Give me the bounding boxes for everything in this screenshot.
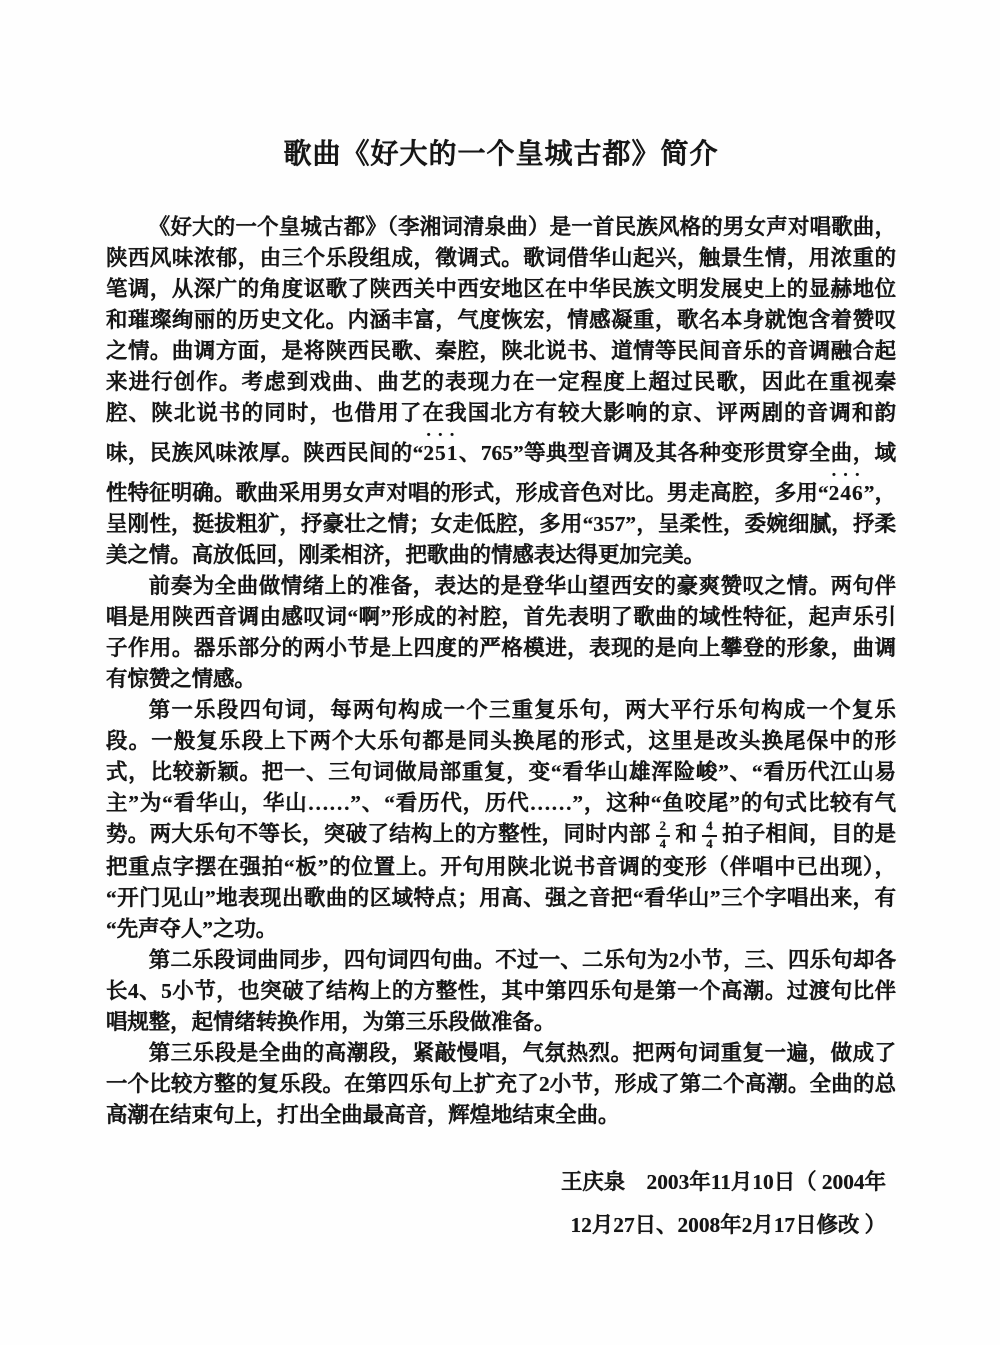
- signature-line: 12月27日、2008年2月17日修改 ）: [106, 1204, 886, 1247]
- fraction-denominator: 4: [702, 837, 716, 852]
- text-segment: 《好大的一个皇城古都》（李湘词清泉曲）是一首民族风格的男女声对唱歌曲，陕西风味浓…: [106, 215, 896, 465]
- document-title: 歌曲《好大的一个皇城古都》简介: [106, 137, 896, 172]
- time-signature-fraction: 24: [656, 820, 670, 852]
- signature-line: 王庆泉 2003年11月10日（ 2004年: [106, 1161, 886, 1204]
- text-segment: 前奏为全曲做情绪上的准备，表达的是登华山望西安的豪爽赞叹之情。两句伴唱是用陕西音…: [106, 574, 896, 691]
- paragraph: 《好大的一个皇城古都》（李湘词清泉曲）是一首民族风格的男女声对唱歌曲，陕西风味浓…: [106, 212, 896, 571]
- document-page: 歌曲《好大的一个皇城古都》简介 《好大的一个皇城古都》（李湘词清泉曲）是一首民族…: [0, 0, 1000, 1345]
- text-segment: 第二乐段词曲同步，四句词四句曲。不过一、二乐句为2小节，三、四乐句却各长4、5小…: [106, 948, 896, 1034]
- paragraph: 前奏为全曲做情绪上的准备，表达的是登华山望西安的豪爽赞叹之情。两句伴唱是用陕西音…: [106, 571, 896, 695]
- fraction-numerator: 4: [702, 820, 716, 837]
- music-notes-dotted: 251: [423, 441, 458, 465]
- music-notes-dotted: 246: [829, 481, 864, 505]
- time-signature-fraction: 44: [702, 820, 716, 852]
- paragraph: 第三乐段是全曲的高潮段，紧敲慢唱，气氛热烈。把两句词重复一遍，做成了一个比较方整…: [106, 1038, 896, 1131]
- signature-block: 王庆泉 2003年11月10日（ 2004年 12月27日、2008年2月17日…: [106, 1161, 896, 1247]
- paragraph: 第二乐段词曲同步，四句词四句曲。不过一、二乐句为2小节，三、四乐句却各长4、5小…: [106, 945, 896, 1038]
- fraction-denominator: 4: [656, 837, 670, 852]
- text-segment: 和: [675, 822, 697, 846]
- document-body: 《好大的一个皇城古都》（李湘词清泉曲）是一首民族风格的男女声对唱歌曲，陕西风味浓…: [106, 212, 896, 1131]
- text-segment: 第三乐段是全曲的高潮段，紧敲慢唱，气氛热烈。把两句词重复一遍，做成了一个比较方整…: [106, 1041, 896, 1127]
- fraction-numerator: 2: [656, 820, 670, 837]
- paragraph: 第一乐段四句词，每两句构成一个三重复乐句，两大平行乐句构成一个复乐段。一般复乐段…: [106, 695, 896, 945]
